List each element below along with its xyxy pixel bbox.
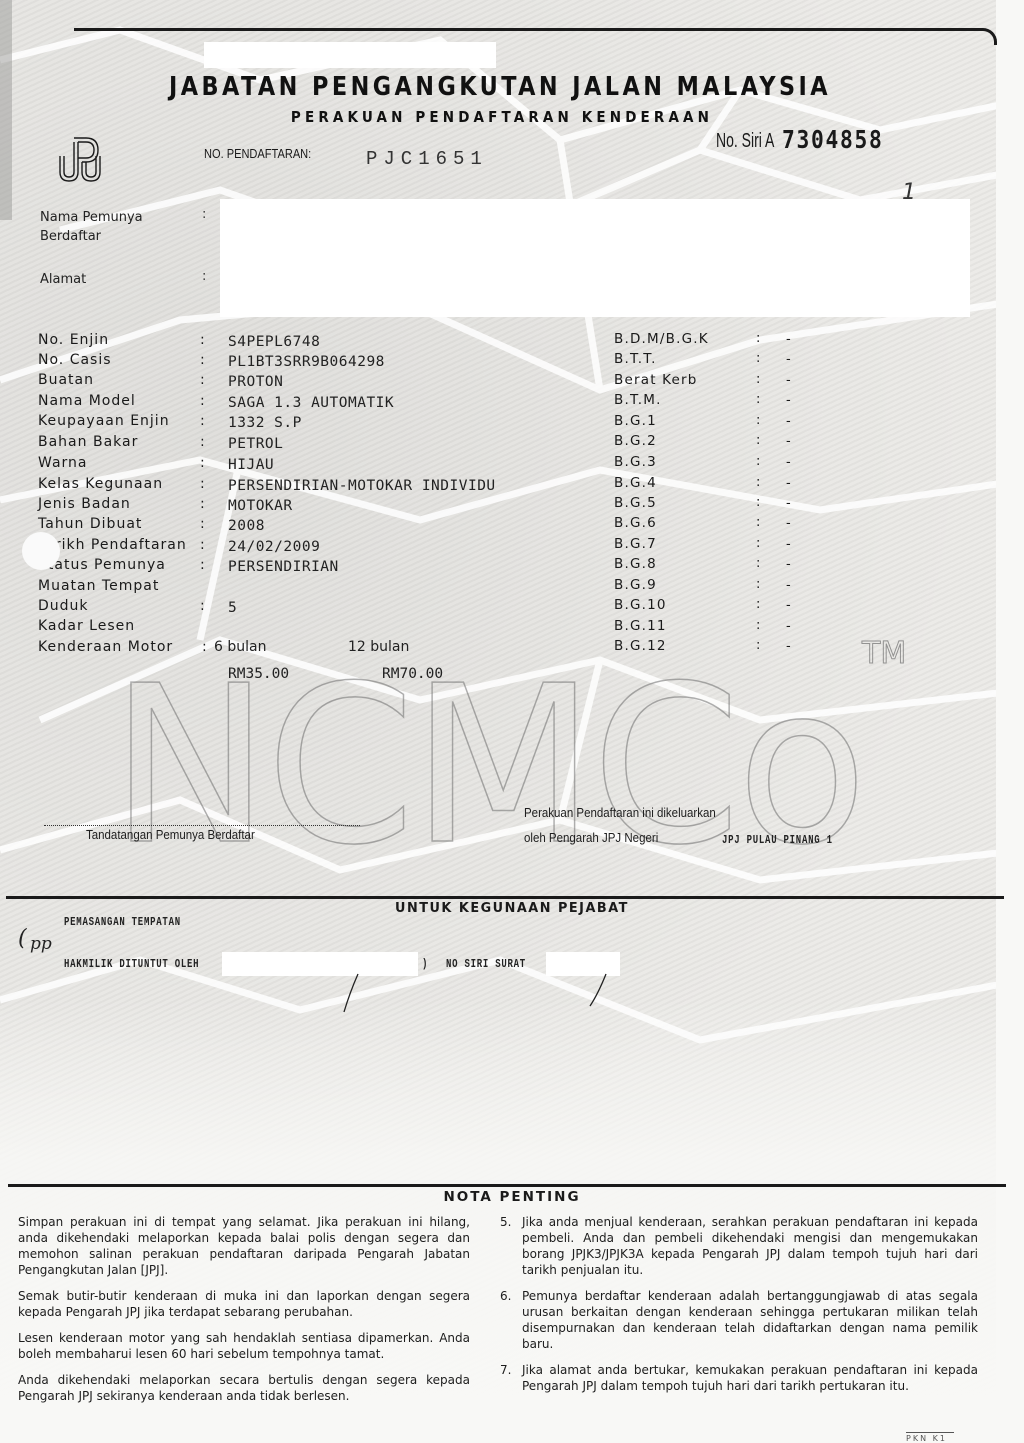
field-colon: : [756,597,760,612]
field-colon: : [200,516,205,532]
weight-field: B.G.5:- [614,495,834,515]
note-text: Pemunya berdaftar kenderaan adalah berta… [522,1289,978,1351]
field-color: Warna:HIJAU [38,455,598,475]
weight-value: - [786,455,791,470]
redaction-owner-details [220,199,970,317]
field-usage-class: Kelas Kegunaan:PERSENDIRIAN-MOTOKAR INDI… [38,476,598,496]
watermark-trademark: TM [862,636,906,671]
field-colon: : [756,618,760,633]
field-body-type: Jenis Badan:MOTOKAR [38,496,598,516]
notes-divider [8,1184,1006,1187]
weight-field: B.T.M.:- [614,392,834,412]
note-number: 7. [500,1362,511,1378]
local-install-label: PEMASANGAN TEMPATAN [64,915,181,929]
field-engine-capacity: Keupayaan Enjin:1332 S.P [38,413,598,433]
field-chassis-number: No. Casis:PL1BT3SRR9B064298 [38,352,598,372]
weight-value: - [786,373,791,388]
weight-label: B.G.4 [614,475,657,491]
weight-label: B.G.7 [614,536,657,552]
notes-left-column: Simpan perakuan ini di tempat yang selam… [18,1214,470,1414]
field-label: Muatan Tempat [38,578,159,594]
note-2: Semak butir-butir kenderaan di muka ini … [18,1288,470,1320]
field-colon: : [756,577,760,592]
field-colon: : [756,515,760,530]
weight-label: B.T.T. [614,351,657,367]
office-use-title: UNTUK KEGUNAAN PEJABAT [26,900,999,916]
weight-label: B.T.M. [614,392,662,408]
scan-edge [0,0,12,220]
field-colon: : [756,372,760,387]
field-value: HIJAU [228,457,274,473]
field-seating-capacity: Duduk:5 [38,598,598,618]
owner-address-label: Alamat [40,272,86,287]
weight-field: B.G.4:- [614,475,834,495]
document-title: PERAKUAN PENDAFTARAN KENDERAAN [41,108,963,126]
field-colon: : [200,598,205,614]
weight-field: B.G.7:- [614,536,834,556]
field-colon: : [756,433,760,448]
note-number: 5. [500,1214,511,1230]
field-label: Buatan [38,372,94,388]
weight-label: B.G.1 [614,413,657,429]
field-value: PETROL [228,436,283,452]
field-colon: : [756,536,760,551]
field-value: PERSENDIRIAN [228,559,339,575]
field-colon: : [756,556,760,571]
field-value: 5 [228,600,237,616]
weight-field: B.G.9:- [614,577,834,597]
page-margin [996,0,1024,1443]
weight-label: B.D.M/B.G.K [614,331,709,347]
weight-value: - [786,578,791,593]
note-number: 6. [500,1288,511,1304]
field-value: PERSENDIRIAN-MOTOKAR INDIVIDU [228,478,496,494]
signature-line [44,825,360,826]
weight-field: B.G.8:- [614,556,834,576]
issued-statement-line2: oleh Pengarah JPJ Negeri [524,831,658,845]
punch-hole [22,532,60,570]
owner-signature-label: Tandatangan Pemunya Berdaftar [86,828,255,842]
notes-right-column: 5.Jika anda menjual kenderaan, serahkan … [500,1214,978,1404]
weight-label: B.G.5 [614,495,657,511]
note-3: Lesen kenderaan motor yang sah hendaklah… [18,1330,470,1362]
field-colon: : [200,434,205,450]
field-label: Duduk [38,598,89,614]
weight-field: B.D.M/B.G.K:- [614,331,834,351]
note-6: 6.Pemunya berdaftar kenderaan adalah ber… [500,1288,978,1352]
weight-field: B.G.6:- [614,515,834,535]
field-value: MOTOKAR [228,498,293,514]
note-text: Jika alamat anda bertukar, kemukakan per… [522,1363,978,1393]
redaction-header [204,42,496,68]
field-year-manufactured: Tahun Dibuat:2008 [38,516,598,536]
weight-value: - [786,537,791,552]
weight-field: B.G.11:- [614,618,834,638]
field-colon: : [200,496,205,512]
owner-address-colon: : [202,269,206,284]
weight-field: B.T.T.:- [614,351,834,371]
weight-field: Berat Kerb:- [614,372,834,392]
weight-label: Berat Kerb [614,372,698,388]
weight-value: - [786,434,791,449]
field-label: Keupayaan Enjin [38,413,170,429]
field-colon: : [200,557,205,573]
field-colon: : [200,455,205,471]
field-label: Bahan Bakar [38,434,138,450]
field-colon: : [756,454,760,469]
field-label: Kadar Lesen [38,618,135,634]
weight-value: - [786,557,791,572]
field-value: 1332 S.P [228,415,302,431]
watermark-text: NCMCo [110,640,864,893]
field-engine-number: No. Enjin:S4PEPL6748 [38,332,598,352]
field-colon: : [200,393,205,409]
field-value: 24/02/2009 [228,539,320,555]
serial-number-label: No. Siri A [716,130,774,153]
field-colon: : [200,413,205,429]
weight-label: B.G.3 [614,454,657,470]
weight-label: B.G.11 [614,618,667,634]
field-colon: : [756,495,760,510]
note-7: 7.Jika alamat anda bertukar, kemukakan p… [500,1362,978,1394]
weight-value: - [786,332,791,347]
owner-name-label-1: Nama Pemunya [40,210,143,225]
field-label: Tahun Dibuat [38,516,142,532]
field-colon: : [200,476,205,492]
issued-statement-line1: Perakuan Pendaftaran ini dikeluarkan [524,806,716,820]
field-label: Tarikh Pendaftaran [38,537,187,553]
weight-value: - [786,414,791,429]
weight-value: - [786,516,791,531]
handwritten-bracket: ( [18,926,27,951]
form-code: PKN K1 [906,1432,954,1443]
field-label: Nama Model [38,393,136,409]
note-4: Anda dikehendaki melaporkan secara bertu… [18,1372,470,1404]
field-label: No. Enjin [38,332,109,348]
weight-label: B.G.9 [614,577,657,593]
registration-certificate: JABATAN PENGANGKUTAN JALAN MALAYSIA PERA… [0,0,1024,1443]
field-value: PROTON [228,374,283,390]
handwritten-initials: pp [30,934,52,954]
field-value: S4PEPL6748 [228,334,320,350]
field-colon: : [200,352,205,368]
issuing-office: JPJ PULAU PINANG 1 [722,833,833,847]
field-fuel-type: Bahan Bakar:PETROL [38,434,598,454]
weight-label: B.G.2 [614,433,657,449]
field-label: Jenis Badan [38,496,131,512]
serial-number: 7304858 [782,125,883,154]
weight-value: - [786,393,791,408]
field-colon: : [756,475,760,490]
note-1: Simpan perakuan ini di tempat yang selam… [18,1214,470,1278]
field-colon: : [200,372,205,388]
weight-field: B.G.2:- [614,433,834,453]
field-label: No. Casis [38,352,112,368]
field-colon: : [756,392,760,407]
closing-paren: ) [422,957,428,971]
weight-field: B.G.10:- [614,597,834,617]
field-colon: : [200,537,205,553]
field-make: Buatan:PROTON [38,372,598,392]
weight-value: - [786,598,791,613]
claimed-by-label: HAKMILIK DITUNTUT OLEH [64,957,199,971]
field-value: SAGA 1.3 AUTOMATIK [228,395,394,411]
weight-label: B.G.8 [614,556,657,572]
weight-label: B.G.10 [614,597,667,613]
field-owner-status: Status Pemunya:PERSENDIRIAN [38,557,598,577]
note-text: Jika anda menjual kenderaan, serahkan pe… [522,1215,978,1277]
notes-title: NOTA PENTING [0,1189,1024,1205]
jpj-logo-icon [54,136,106,184]
registration-number: PJC1651 [366,148,488,170]
weight-value: - [786,476,791,491]
owner-name-label-2: Berdaftar [40,229,101,244]
field-value: 2008 [228,518,265,534]
note-5: 5.Jika anda menjual kenderaan, serahkan … [500,1214,978,1278]
weight-value: - [786,619,791,634]
field-license-rate-label: Kadar Lesen [38,618,598,638]
field-colon: : [756,351,760,366]
field-registration-date: Tarikh Pendaftaran:24/02/2009 [38,537,598,557]
field-colon: : [756,331,760,346]
field-colon: : [200,332,205,348]
registration-number-label: NO. PENDAFTARAN: [204,146,311,161]
field-seating-capacity-label: Muatan Tempat [38,578,598,598]
handwritten-strokes [336,972,616,1014]
weight-value: - [786,352,791,367]
field-value: PL1BT3SRR9B064298 [228,354,385,370]
owner-name-colon: : [202,207,206,222]
field-model-name: Nama Model:SAGA 1.3 AUTOMATIK [38,393,598,413]
field-colon: : [756,413,760,428]
field-label: Warna [38,455,88,471]
office-section-divider [6,896,1004,899]
weight-field: B.G.1:- [614,413,834,433]
field-label: Kelas Kegunaan [38,476,163,492]
letter-serial-label: NO SIRI SURAT [446,957,526,971]
weight-label: B.G.6 [614,515,657,531]
weight-value: - [786,496,791,511]
agency-title: JABATAN PENGANGKUTAN JALAN MALAYSIA [60,72,941,102]
weight-field: B.G.3:- [614,454,834,474]
